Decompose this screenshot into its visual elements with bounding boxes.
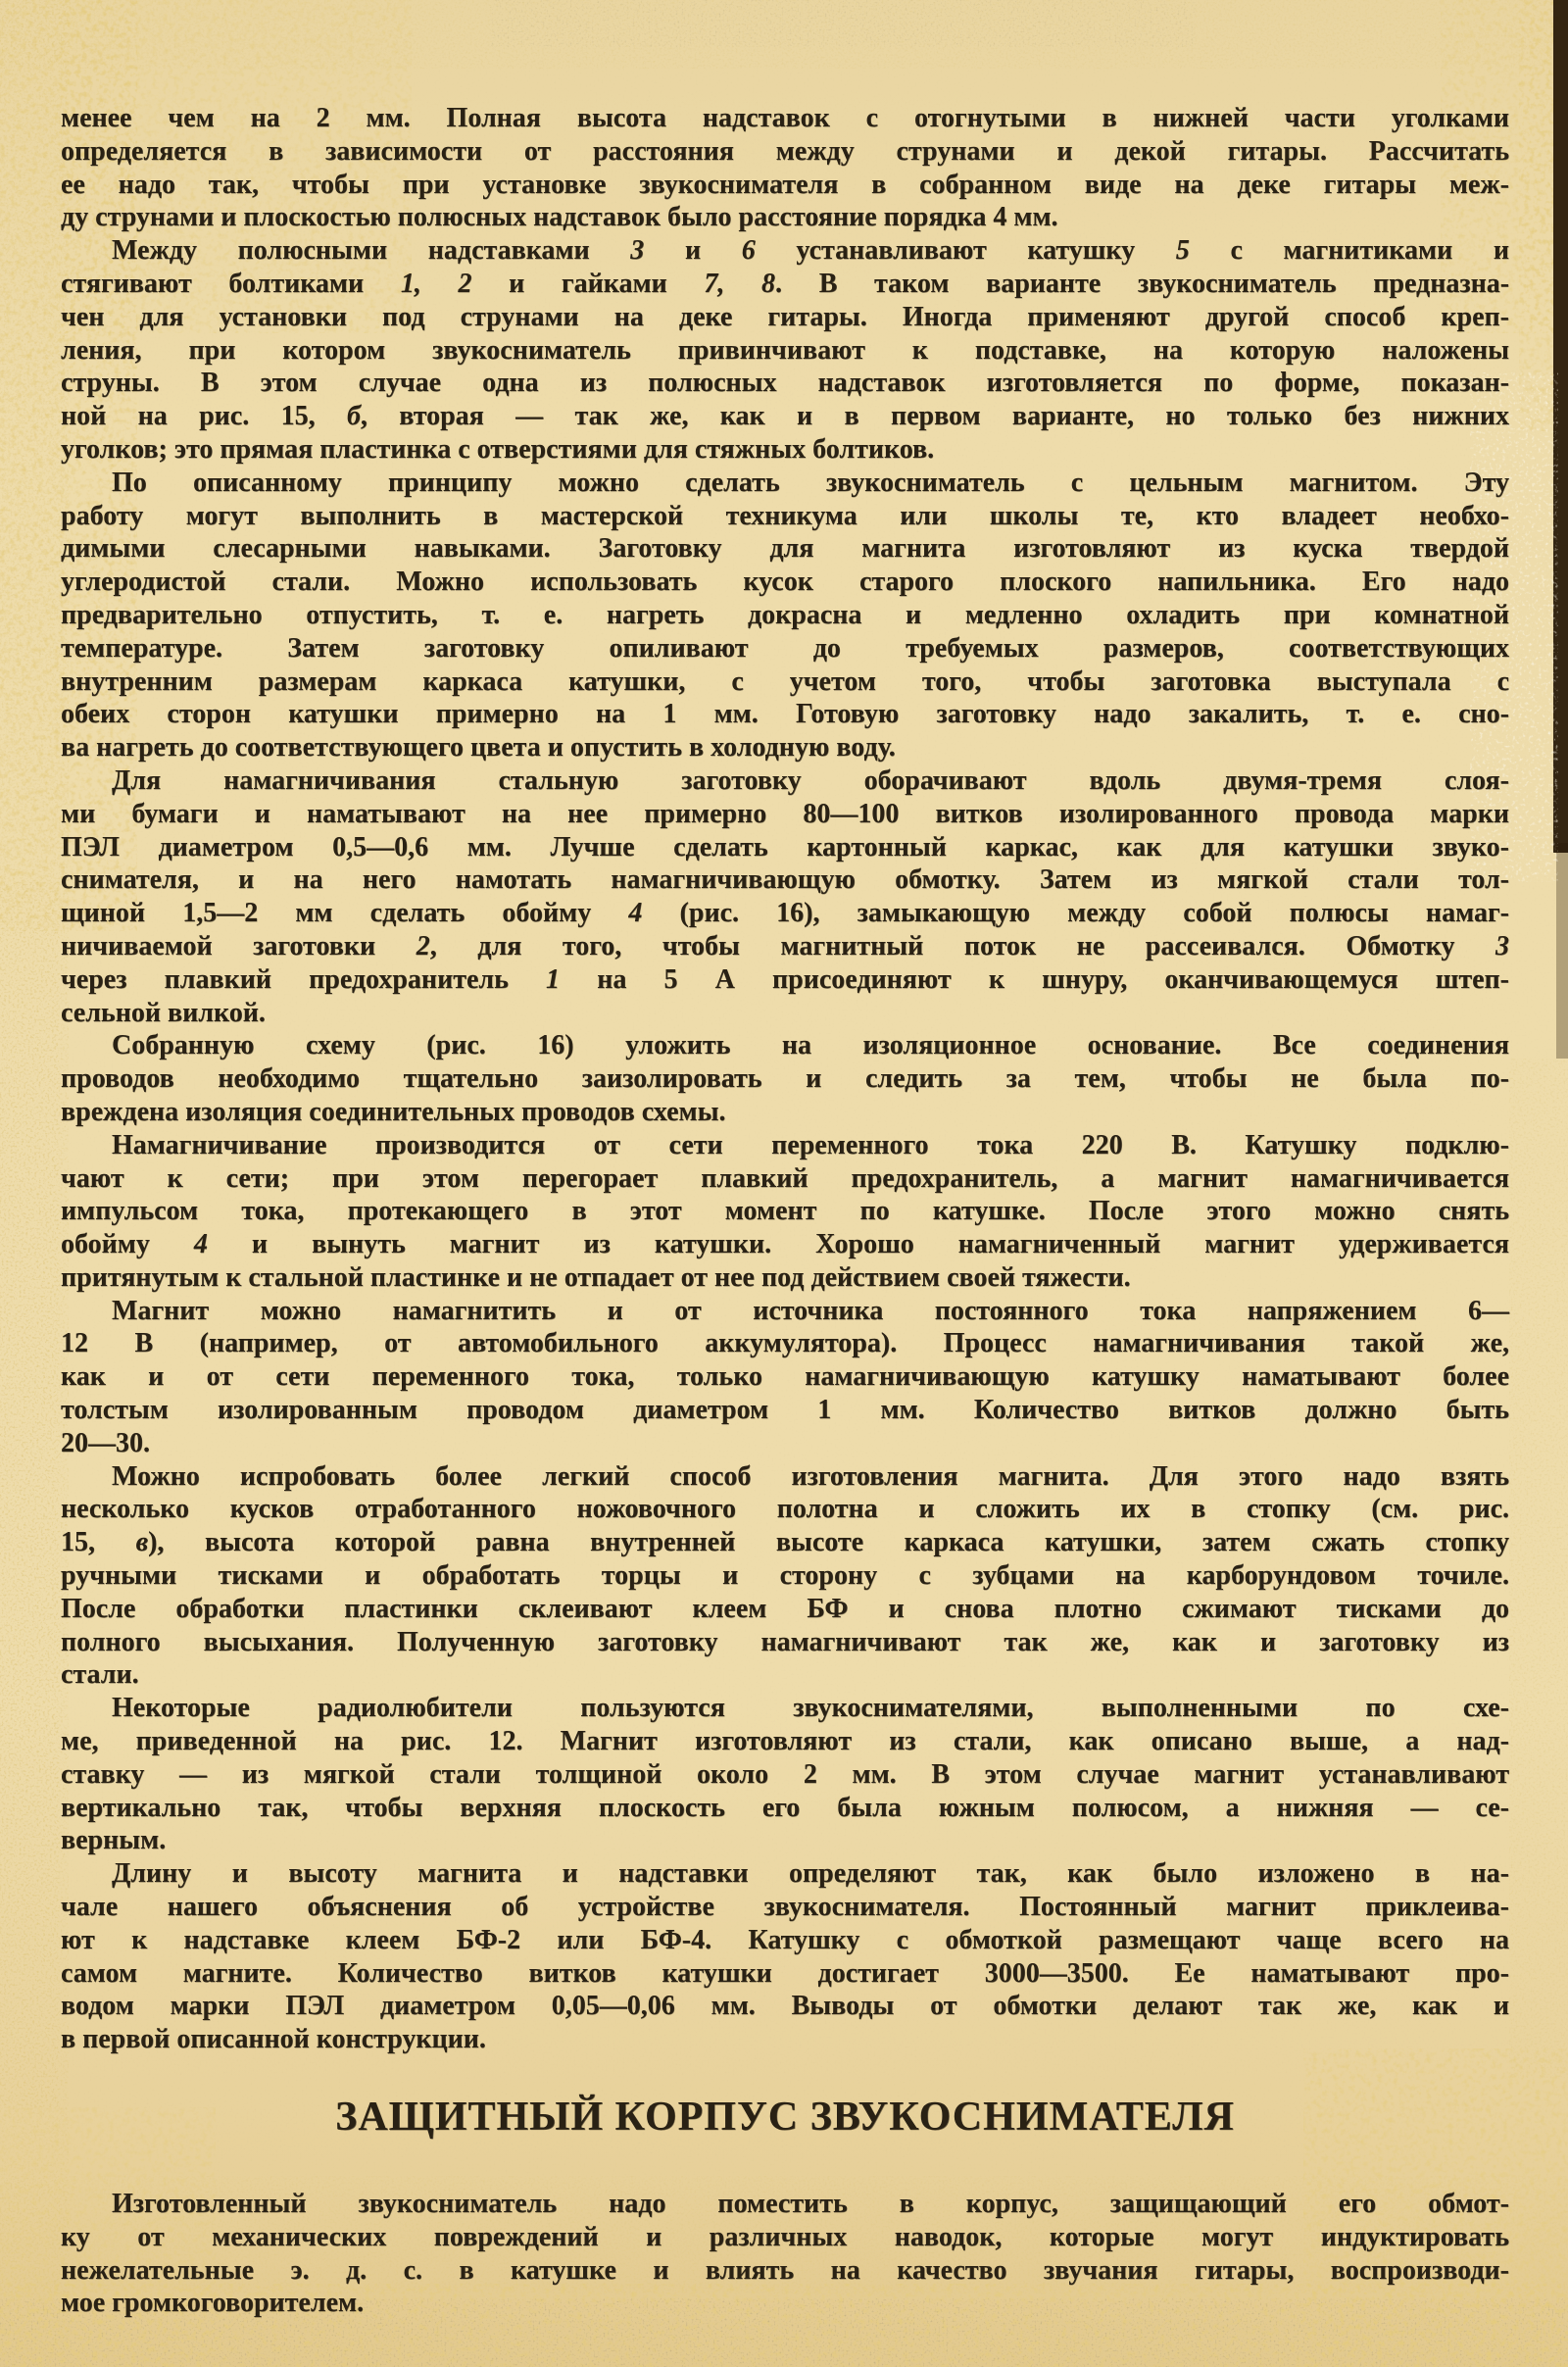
text-line: вреждена изоляция соединительных проводо…	[61, 1096, 1509, 1129]
paragraph: Собранную схему (рис. 16) уложить на изо…	[61, 1029, 1509, 1128]
text-line: внутренним размерам каркаса катушки, с у…	[61, 666, 1509, 699]
text-line: ее надо так, чтобы при установке звукосн…	[61, 169, 1509, 202]
text-line: Собранную схему (рис. 16) уложить на изо…	[61, 1029, 1509, 1062]
paragraph: Можно испробовать более легкий способ из…	[61, 1460, 1509, 1693]
text-line: температуре. Затем заготовку опиливают д…	[61, 632, 1509, 666]
text-line: импульсом тока, протекающего в этот моме…	[61, 1195, 1509, 1228]
text-line: нежелательные э. д. с. в катушке и влият…	[61, 2254, 1509, 2288]
text-line: ной на рис. 15, б, вторая — так же, как …	[61, 400, 1509, 433]
text-line: сельной вилкой.	[61, 997, 1509, 1030]
text-line: работу могут выполнить в мастерской техн…	[61, 500, 1509, 533]
text-line: чают к сети; при этом перегорает плавкий…	[61, 1162, 1509, 1196]
text-line: обойму 4 и вынуть магнит из катушки. Хор…	[61, 1228, 1509, 1261]
paragraph: Длину и высоту магнита и надставки опред…	[61, 1857, 1509, 2056]
body-paragraphs: менее чем на 2 мм. Полная высота надстав…	[61, 102, 1509, 2056]
binding-shadow	[1519, 0, 1558, 431]
text-line: через плавкий предохранитель 1 на 5 А пр…	[61, 963, 1509, 997]
text-line: ничиваемой заготовки 2, для того, чтобы …	[61, 930, 1509, 963]
paragraph: Для намагничивания стальную заготовку об…	[61, 764, 1509, 1029]
text-line: углеродистой стали. Можно использовать к…	[61, 566, 1509, 599]
paragraph: менее чем на 2 мм. Полная высота надстав…	[61, 102, 1509, 234]
text-line: ми бумаги и наматывают на нее примерно 8…	[61, 798, 1509, 831]
section-heading: ЗАЩИТНЫЙ КОРПУС ЗВУКОСНИМАТЕЛЯ	[61, 2095, 1509, 2140]
text-line: ме, приведенной на рис. 12. Магнит изгот…	[61, 1725, 1509, 1758]
paragraph: Некоторые радиолюбители пользуются звуко…	[61, 1692, 1509, 1857]
text-line: Изготовленный звукосниматель надо помест…	[61, 2188, 1509, 2221]
text-line: Для намагничивания стальную заготовку об…	[61, 764, 1509, 798]
text-line: чен для установки под струнами на деке г…	[61, 301, 1509, 334]
text-line: ПЭЛ диаметром 0,5—0,6 мм. Лучше сделать …	[61, 831, 1509, 864]
text-line: предварительно отпустить, т. е. нагреть …	[61, 599, 1509, 632]
text-line: обеих сторон катушки примерно на 1 мм. Г…	[61, 698, 1509, 731]
paragraph: Изготовленный звукосниматель надо помест…	[61, 2188, 1509, 2320]
text-line: самом магните. Количество витков катушки…	[61, 1957, 1509, 1991]
text-line: мое громкоговорителем.	[61, 2287, 1509, 2320]
text-line: снимателя, и на него намотать намагничив…	[61, 863, 1509, 897]
text-line: толстым изолированным проводом диаметром…	[61, 1394, 1509, 1427]
text-line: уголков; это прямая пластинка с отверсти…	[61, 433, 1509, 467]
text-line: По описанному принципу можно сделать зву…	[61, 467, 1509, 500]
text-line: ставку — из мягкой стали толщиной около …	[61, 1758, 1509, 1792]
text-line: проводов необходимо тщательно заизолиров…	[61, 1062, 1509, 1096]
paragraph: По описанному принципу можно сделать зву…	[61, 467, 1509, 764]
text-line: менее чем на 2 мм. Полная высота надстав…	[61, 102, 1509, 135]
text-line: полного высыхания. Полученную заготовку …	[61, 1626, 1509, 1659]
text-line: ления, при котором звукосниматель привин…	[61, 334, 1509, 368]
text-line: ду струнами и плоскостью полюсных надста…	[61, 201, 1509, 234]
text-line: Можно испробовать более легкий способ из…	[61, 1460, 1509, 1494]
paragraph: Между полюсными надставками 3 и 6 устана…	[61, 234, 1509, 467]
text-line: щиной 1,5—2 мм сделать обойму 4 (рис. 16…	[61, 897, 1509, 930]
text-line: водом марки ПЭЛ диаметром 0,05—0,06 мм. …	[61, 1990, 1509, 2023]
text-line: Некоторые радиолюбители пользуются звуко…	[61, 1692, 1509, 1725]
text-line: Магнит можно намагнитить и от источника …	[61, 1295, 1509, 1328]
scanned-book-page: { "page": { "paper_color": "#eedcab", "i…	[0, 0, 1568, 2367]
tail-paragraphs: Изготовленный звукосниматель надо помест…	[61, 2188, 1509, 2320]
text-line: ручными тисками и обработать торцы и сто…	[61, 1559, 1509, 1593]
paragraph: Магнит можно намагнитить и от источника …	[61, 1295, 1509, 1460]
text-line: стягивают болтиками 1, 2 и гайками 7, 8.…	[61, 268, 1509, 301]
text-line: в первой описанной конструкции.	[61, 2023, 1509, 2056]
text-line: 12 В (например, от автомобильного аккуму…	[61, 1327, 1509, 1360]
text-line: несколько кусков отработанного ножовочно…	[61, 1493, 1509, 1526]
stain-right-lower	[1509, 1059, 1568, 2078]
text-line: После обработки пластинки склеивают клее…	[61, 1593, 1509, 1626]
text-line: как и от сети переменного тока, только н…	[61, 1360, 1509, 1394]
text-line: чале нашего объяснения об устройстве зву…	[61, 1891, 1509, 1924]
stain-left-mid	[0, 882, 59, 2107]
text-line: Между полюсными надставками 3 и 6 устана…	[61, 234, 1509, 268]
text-line: Намагничивание производится от сети пере…	[61, 1129, 1509, 1162]
text-line: притянутым к стальной пластинке и не отп…	[61, 1261, 1509, 1295]
text-line: стали.	[61, 1658, 1509, 1692]
text-line: Длину и высоту магнита и надставки опред…	[61, 1857, 1509, 1891]
text-line: вертикально так, чтобы верхняя плоскость…	[61, 1792, 1509, 1825]
text-line: димыми слесарными навыками. Заготовку дл…	[61, 532, 1509, 566]
page-text-column: менее чем на 2 мм. Полная высота надстав…	[61, 102, 1509, 2320]
paragraph: Намагничивание производится от сети пере…	[61, 1129, 1509, 1295]
text-line: ку от механических повреждений и различн…	[61, 2221, 1509, 2254]
text-line: струны. В этом случае одна из полюсных н…	[61, 367, 1509, 400]
text-line: определяется в зависимости от расстояния…	[61, 135, 1509, 169]
text-line: ва нагреть до соответствующего цвета и о…	[61, 731, 1509, 764]
text-line: верным.	[61, 1824, 1509, 1857]
smudge-top-center	[490, 0, 1196, 47]
text-line: 15, в), высота которой равна внутренней …	[61, 1526, 1509, 1559]
text-line: 20—30.	[61, 1427, 1509, 1460]
text-line: ют к надставке клеем БФ-2 или БФ-4. Кату…	[61, 1924, 1509, 1957]
